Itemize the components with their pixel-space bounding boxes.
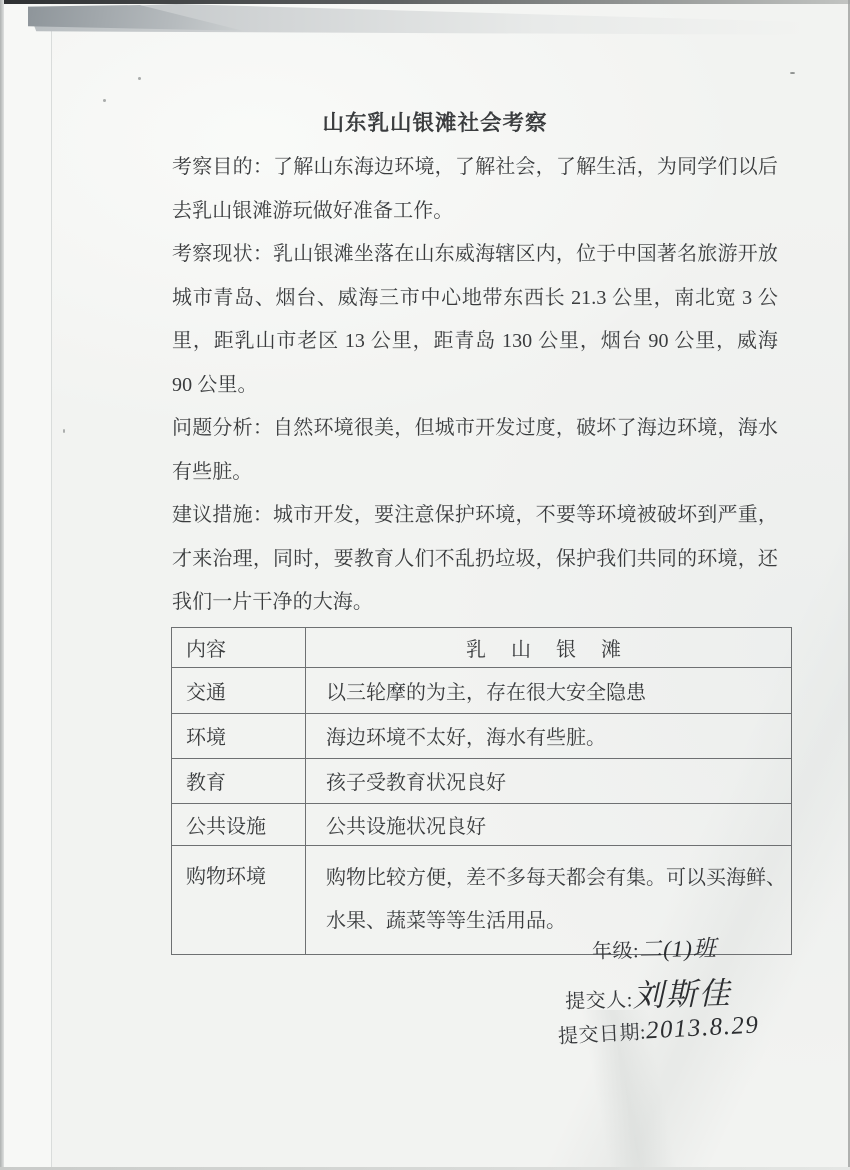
table-header-category: 内容 (172, 627, 306, 667)
survey-table: 内容 乳 山 银 滩 交通 以三轮摩的为主，存在很大安全隐患 环境 海边环境不太… (171, 627, 792, 955)
submit-date-handwritten-value: 2013.8.29 (645, 1011, 760, 1044)
grade-label: 年级: (592, 940, 639, 963)
table-header-row: 内容 乳 山 银 滩 (172, 627, 792, 667)
survey-status-text: 乳山银滩坐落在山东威海辖区内，位于中国著名旅游开放城市青岛、烟台、威海三市中心地… (172, 243, 778, 396)
table-row-environment: 环境 海边环境不太好，海水有些脏。 (172, 713, 792, 758)
table-header-location: 乳 山 银 滩 (306, 627, 792, 667)
problem-analysis-paragraph: 问题分析：自然环境很美，但城市开发过度，破坏了海边环境，海水有些脏。 (172, 407, 778, 494)
paper-left-margin-strip (4, 4, 51, 1170)
table-cell-value: 孩子受教育状况良好 (306, 758, 792, 803)
table-cell-value: 海边环境不太好，海水有些脏。 (306, 713, 792, 758)
scan-speck (790, 72, 795, 74)
problem-analysis-label: 问题分析： (172, 417, 273, 439)
grade-handwritten-value: 二(1)班 (639, 936, 717, 962)
submit-date-label: 提交日期: (558, 1021, 647, 1048)
paper-fold-line (51, 26, 52, 1170)
document-title: 山东乳山银滩社会考察 (132, 100, 738, 146)
document-body: 山东乳山银滩社会考察 考察目的：了解山东海边环境，了解社会，了解生活，为同学们以… (172, 100, 778, 955)
table-cell-category: 公共设施 (172, 803, 306, 845)
survey-status-paragraph: 考察现状：乳山银滩坐落在山东威海辖区内，位于中国著名旅游开放城市青岛、烟台、威海… (172, 233, 778, 407)
table-cell-value: 购物比较方便，差不多每天都会有集。可以买海鲜、水果、蔬菜等等生活用品。 (306, 845, 792, 954)
scan-speck (63, 429, 65, 433)
survey-status-label: 考察现状： (172, 243, 273, 265)
scan-speck (103, 99, 106, 102)
scan-edge-left (0, 0, 4, 1170)
table-row-education: 教育 孩子受教育状况良好 (172, 758, 792, 803)
scanned-document-page: 山东乳山银滩社会考察 考察目的：了解山东海边环境，了解社会，了解生活，为同学们以… (0, 0, 850, 1170)
scan-speck (138, 77, 141, 80)
suggestions-paragraph: 建议措施：城市开发，要注意保护环境，不要等环境被破坏到严重，才来治理，同时，要教… (172, 494, 778, 625)
suggestions-label: 建议措施： (172, 504, 273, 526)
submitter-handwritten-name: 刘斯佳 (632, 976, 732, 1014)
table-cell-category: 环境 (172, 713, 306, 758)
table-row-transport: 交通 以三轮摩的为主，存在很大安全隐患 (172, 667, 792, 713)
submitter-line: 提交人:刘斯佳 (564, 968, 732, 1017)
table-cell-value: 公共设施状况良好 (306, 803, 792, 845)
table-cell-category: 交通 (172, 667, 306, 713)
table-cell-category: 购物环境 (172, 845, 306, 954)
grade-line: 年级:二(1)班 (592, 930, 717, 965)
survey-purpose-label: 考察目的： (172, 156, 273, 178)
survey-purpose-paragraph: 考察目的：了解山东海边环境，了解社会，了解生活，为同学们以后去乳山银滩游玩做好准… (172, 146, 778, 233)
table-cell-category: 教育 (172, 758, 306, 803)
scan-edge-top (0, 0, 850, 4)
submitter-label: 提交人: (565, 989, 633, 1013)
table-cell-value: 以三轮摩的为主，存在很大安全隐患 (306, 667, 792, 713)
table-row-public-facilities: 公共设施 公共设施状况良好 (172, 803, 792, 845)
